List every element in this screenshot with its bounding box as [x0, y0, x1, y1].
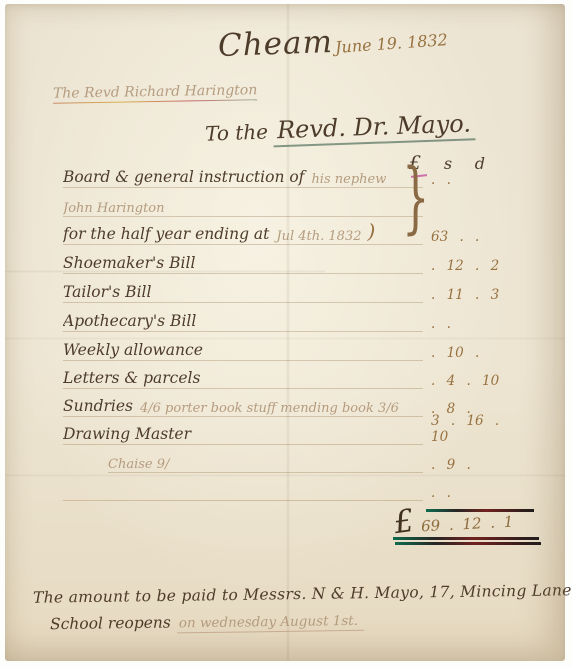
document-paper: Cheam June 19. 1832 The Revd Richard Har… [5, 4, 565, 661]
row-handwritten-entry: Jul 4th. 1832 [276, 229, 361, 244]
row-line: Tailor's Bill [63, 283, 423, 303]
row-line: Chaise 9/ [108, 456, 423, 473]
addressee-note: The Revd Richard Harington [53, 82, 258, 104]
row-printed-label: Apothecary's Bill [63, 312, 196, 330]
ledger-row-chaise: Chaise 9/ . 9 . [63, 451, 515, 473]
row-amount: . 10 . [423, 345, 515, 361]
row-amount: . 12 . 2 [423, 258, 515, 274]
row-amount: . . [423, 172, 515, 188]
row-line: Sundries 4/6 porter book stuff mending b… [63, 397, 423, 417]
place-heading: Cheam [217, 24, 333, 64]
row-line: Apothecary's Bill [63, 312, 423, 332]
row-line: Drawing Master [63, 425, 423, 445]
ledger-row-blank: . . [63, 479, 515, 501]
total-double-rule-1 [393, 537, 539, 540]
row-line: Weekly allowance [63, 341, 423, 361]
handwritten-date: June 19. 1832 [334, 30, 448, 57]
closing-paren: ) [368, 219, 376, 243]
row-amount: 63 . . [423, 229, 515, 245]
row-printed-label: Shoemaker's Bill [63, 254, 195, 272]
row-printed-label: for the half year ending at [63, 225, 269, 243]
total-pound-sign: £ [392, 503, 417, 541]
row-handwritten-entry: Chaise 9/ [108, 457, 169, 472]
row-handwritten-entry: John Harington [63, 201, 165, 216]
paper-crease-horizontal [5, 474, 565, 477]
row-line: Board & general instruction of his nephe… [63, 168, 423, 188]
row-printed-label: Drawing Master [63, 425, 191, 443]
school-reopens-handwritten: on wednesday August 1st. [177, 613, 364, 634]
row-line: John Harington [63, 200, 423, 217]
school-reopens-printed: School reopens [50, 614, 171, 634]
row-amount: . . [423, 485, 515, 501]
row-amount: 3 . 16 . 10 [423, 413, 515, 445]
ledger-row-shoemakers-bill: Shoemaker's Bill . 12 . 2 [63, 252, 515, 274]
total-rule-top [426, 509, 534, 512]
row-line [63, 499, 423, 501]
total-double-rule-2 [395, 542, 541, 545]
total-amount: 69 . 12 . 1 [421, 513, 514, 536]
bill-to-prefix: To the [205, 120, 269, 146]
paper-crease-vertical [286, 4, 290, 661]
ledger-row-half-year: for the half year ending at Jul 4th. 183… [63, 223, 515, 245]
bill-to-line: To the Revd. Dr. Mayo. [205, 109, 476, 146]
row-line: for the half year ending at Jul 4th. 183… [63, 219, 423, 245]
payment-instruction-line: The amount to be paid to Messrs. N & H. … [33, 581, 572, 607]
ledger-row-pupil-name: John Harington [63, 195, 515, 217]
row-amount: . 9 . [423, 457, 515, 473]
row-printed-label: Board & general instruction of [63, 168, 304, 186]
row-handwritten-entry: 4/6 porter book stuff mending book 3/6 [140, 401, 399, 416]
row-amount: . . [423, 316, 515, 332]
row-amount: . 4 . 10 [423, 373, 515, 389]
row-printed-label: Letters & parcels [63, 369, 200, 387]
row-printed-label: Tailor's Bill [63, 283, 151, 301]
ledger-row-weekly-allowance: Weekly allowance . 10 . [63, 339, 515, 361]
row-amount: . 11 . 3 [423, 287, 515, 303]
row-line: Letters & parcels [63, 369, 423, 389]
ledger-row-board-instruction: Board & general instruction of his nephe… [63, 166, 515, 188]
ledger-row-apothecarys-bill: Apothecary's Bill . . [63, 310, 515, 332]
row-printed-label: Weekly allowance [63, 341, 203, 359]
row-printed-label: Sundries [63, 397, 133, 415]
row-handwritten-entry: his nephew [311, 172, 386, 187]
ledger-row-tailors-bill: Tailor's Bill . 11 . 3 [63, 281, 515, 303]
row-line: Shoemaker's Bill [63, 254, 423, 274]
ledger-row-letters-parcels: Letters & parcels . 4 . 10 [63, 367, 515, 389]
school-reopens-line: School reopenson wednesday August 1st. [50, 611, 364, 633]
bill-to-name: Revd. Dr. Mayo. [273, 109, 476, 147]
ledger-row-drawing-master: Drawing Master 3 . 16 . 10 [63, 423, 515, 445]
